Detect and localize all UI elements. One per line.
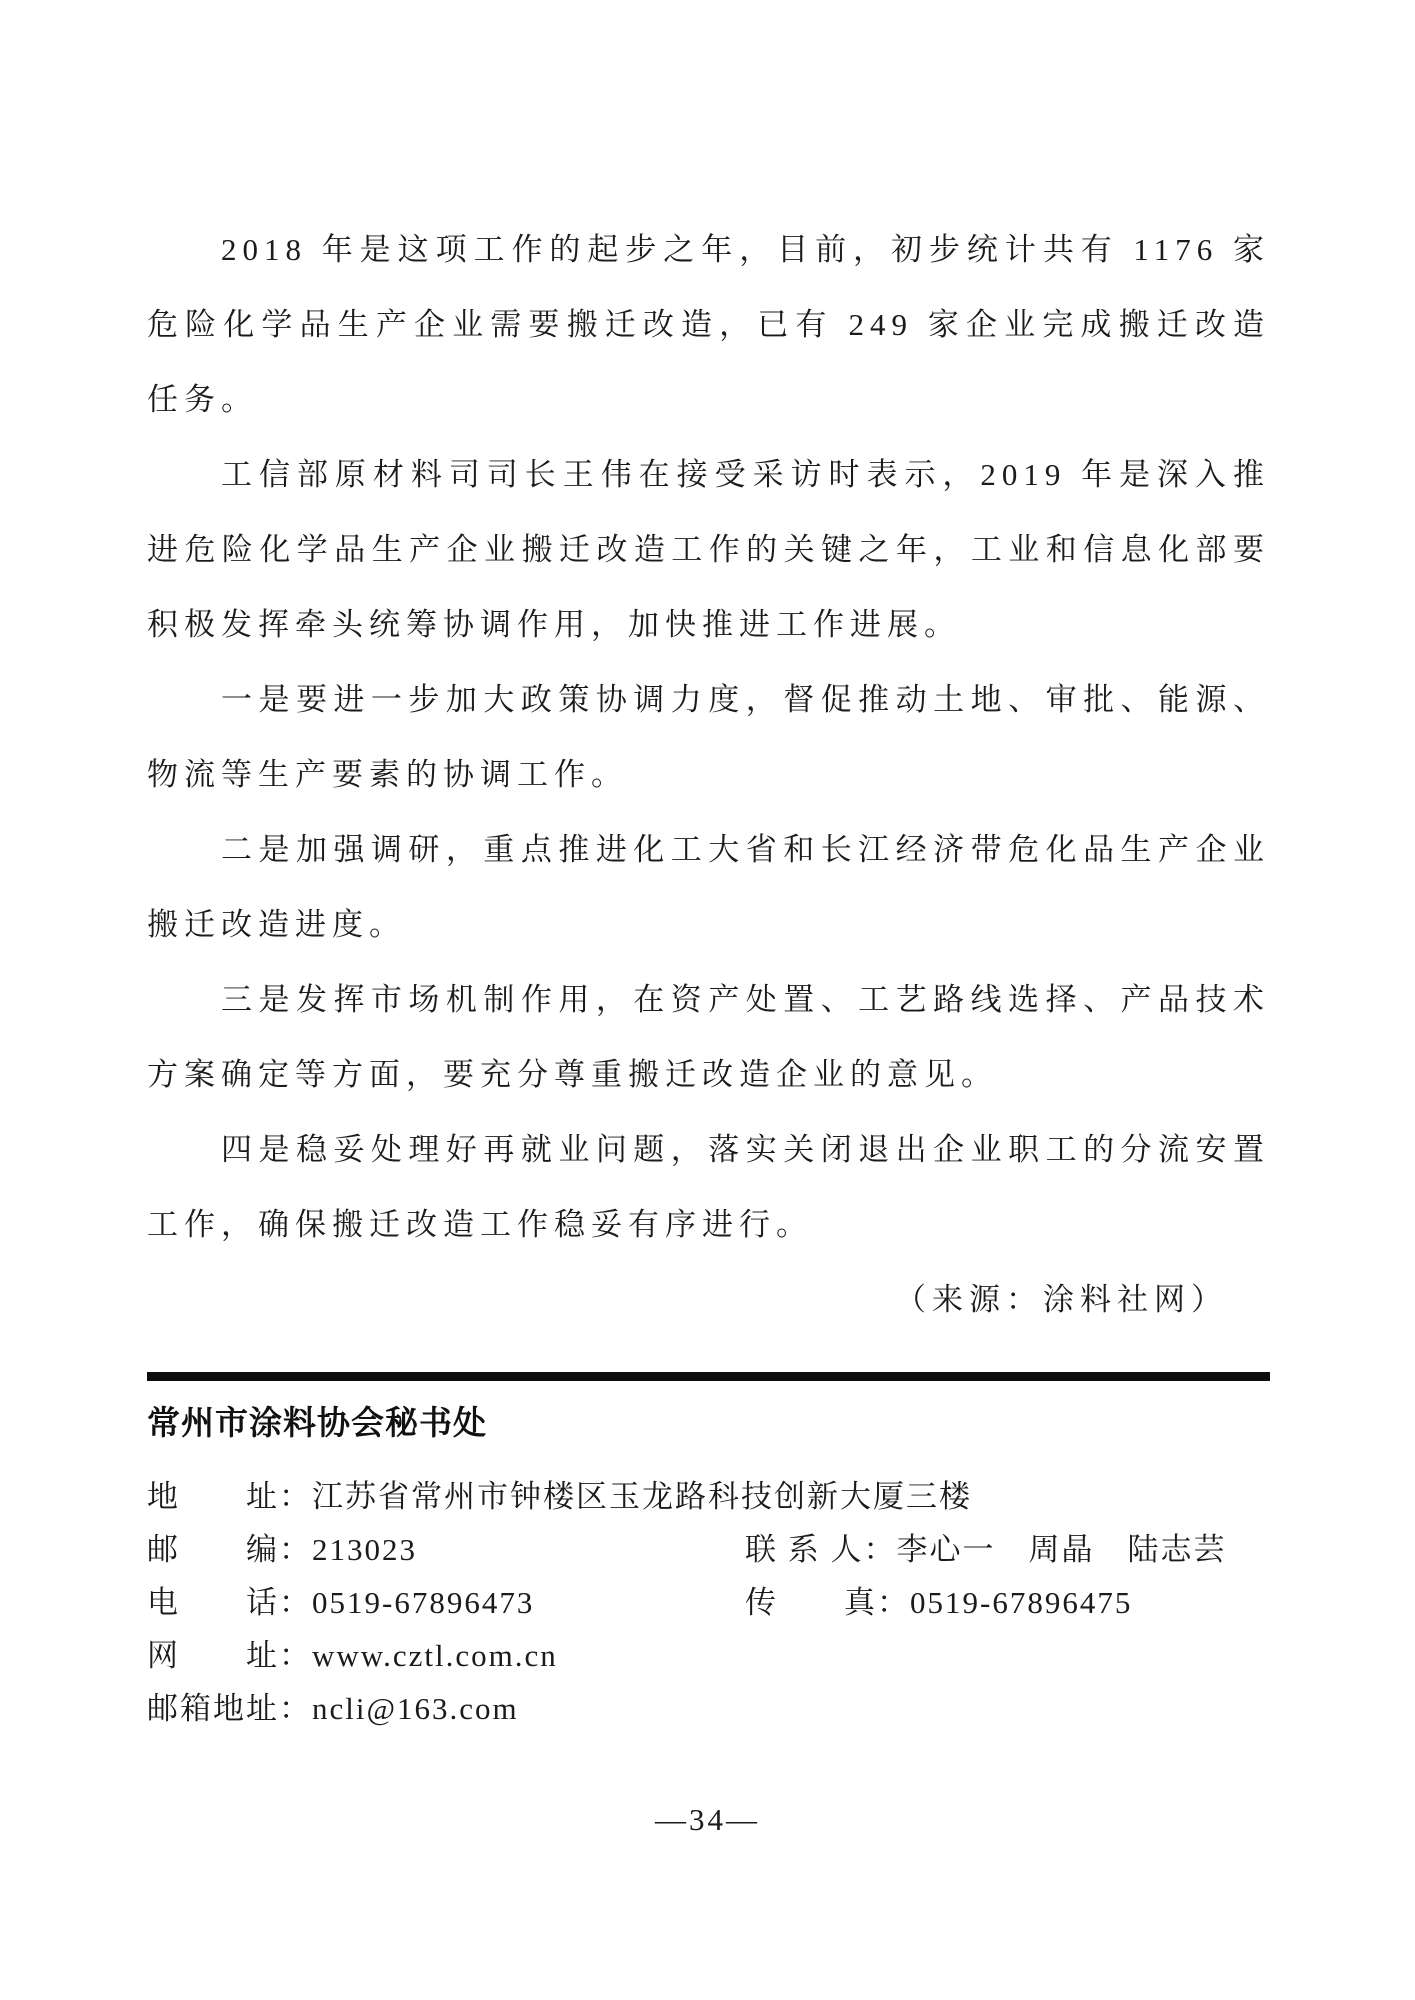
fax-value: 0519-67896475 — [910, 1576, 1132, 1629]
source-attribution: （来源：涂料社网） — [147, 1262, 1270, 1337]
phone-label: 电 话： — [147, 1576, 312, 1629]
contact-row-postcode-contacts: 邮 编： 213023 联 系 人： 李心一 周晶 陆志芸 — [147, 1523, 1270, 1576]
page-number: —34— — [0, 1802, 1415, 1838]
address-label: 地 址： — [147, 1470, 312, 1523]
contact-row-email: 邮箱地址： ncli@163.com — [147, 1682, 1270, 1735]
contact-row-address: 地 址： 江苏省常州市钟楼区玉龙路科技创新大厦三楼 — [147, 1470, 1270, 1523]
paragraph-3: 一是要进一步加大政策协调力度，督促推动土地、审批、能源、物流等生产要素的协调工作… — [147, 662, 1270, 812]
phone-cell: 电 话： 0519-67896473 — [147, 1576, 745, 1629]
contact-person-cell: 联 系 人： 李心一 周晶 陆志芸 — [745, 1523, 1270, 1576]
address-cell: 地 址： 江苏省常州市钟楼区玉龙路科技创新大厦三楼 — [147, 1470, 745, 1523]
fax-cell: 传 真： 0519-67896475 — [745, 1576, 1270, 1629]
address-right-cell — [745, 1470, 1270, 1523]
website-value: www.cztl.com.cn — [312, 1629, 558, 1682]
paragraph-1: 2018 年是这项工作的起步之年，目前，初步统计共有 1176 家危险化学品生产… — [147, 212, 1270, 437]
paragraph-6: 四是稳妥处理好再就业问题，落实关闭退出企业职工的分流安置工作，确保搬迁改造工作稳… — [147, 1112, 1270, 1262]
document-page: 2018 年是这项工作的起步之年，目前，初步统计共有 1176 家危险化学品生产… — [0, 0, 1415, 2000]
postcode-cell: 邮 编： 213023 — [147, 1523, 745, 1576]
postcode-label: 邮 编： — [147, 1523, 312, 1576]
article-body: 2018 年是这项工作的起步之年，目前，初步统计共有 1176 家危险化学品生产… — [147, 212, 1270, 1337]
contact-row-phone-fax: 电 话： 0519-67896473 传 真： 0519-67896475 — [147, 1576, 1270, 1629]
contact-person-value: 李心一 周晶 陆志芸 — [897, 1523, 1227, 1576]
contact-block: 地 址： 江苏省常州市钟楼区玉龙路科技创新大厦三楼 邮 编： 213023 联 … — [147, 1470, 1270, 1735]
contact-person-label: 联 系 人： — [745, 1523, 897, 1576]
email-cell: 邮箱地址： ncli@163.com — [147, 1682, 745, 1735]
paragraph-5: 三是发挥市场机制作用，在资产处置、工艺路线选择、产品技术方案确定等方面，要充分尊… — [147, 962, 1270, 1112]
email-label: 邮箱地址： — [147, 1682, 312, 1735]
divider-rule — [147, 1372, 1270, 1381]
footer-section: 常州市涂料协会秘书处 地 址： 江苏省常州市钟楼区玉龙路科技创新大厦三楼 邮 编… — [147, 1372, 1270, 1735]
footer-title: 常州市涂料协会秘书处 — [147, 1397, 1270, 1444]
postcode-value: 213023 — [312, 1523, 417, 1576]
contact-row-website: 网 址： www.cztl.com.cn — [147, 1629, 1270, 1682]
website-label: 网 址： — [147, 1629, 312, 1682]
fax-label: 传 真： — [745, 1576, 910, 1629]
paragraph-4: 二是加强调研，重点推进化工大省和长江经济带危化品生产企业搬迁改造进度。 — [147, 812, 1270, 962]
website-cell: 网 址： www.cztl.com.cn — [147, 1629, 745, 1682]
paragraph-2: 工信部原材料司司长王伟在接受采访时表示，2019 年是深入推进危险化学品生产企业… — [147, 437, 1270, 662]
phone-value: 0519-67896473 — [312, 1576, 534, 1629]
email-value: ncli@163.com — [312, 1682, 519, 1735]
